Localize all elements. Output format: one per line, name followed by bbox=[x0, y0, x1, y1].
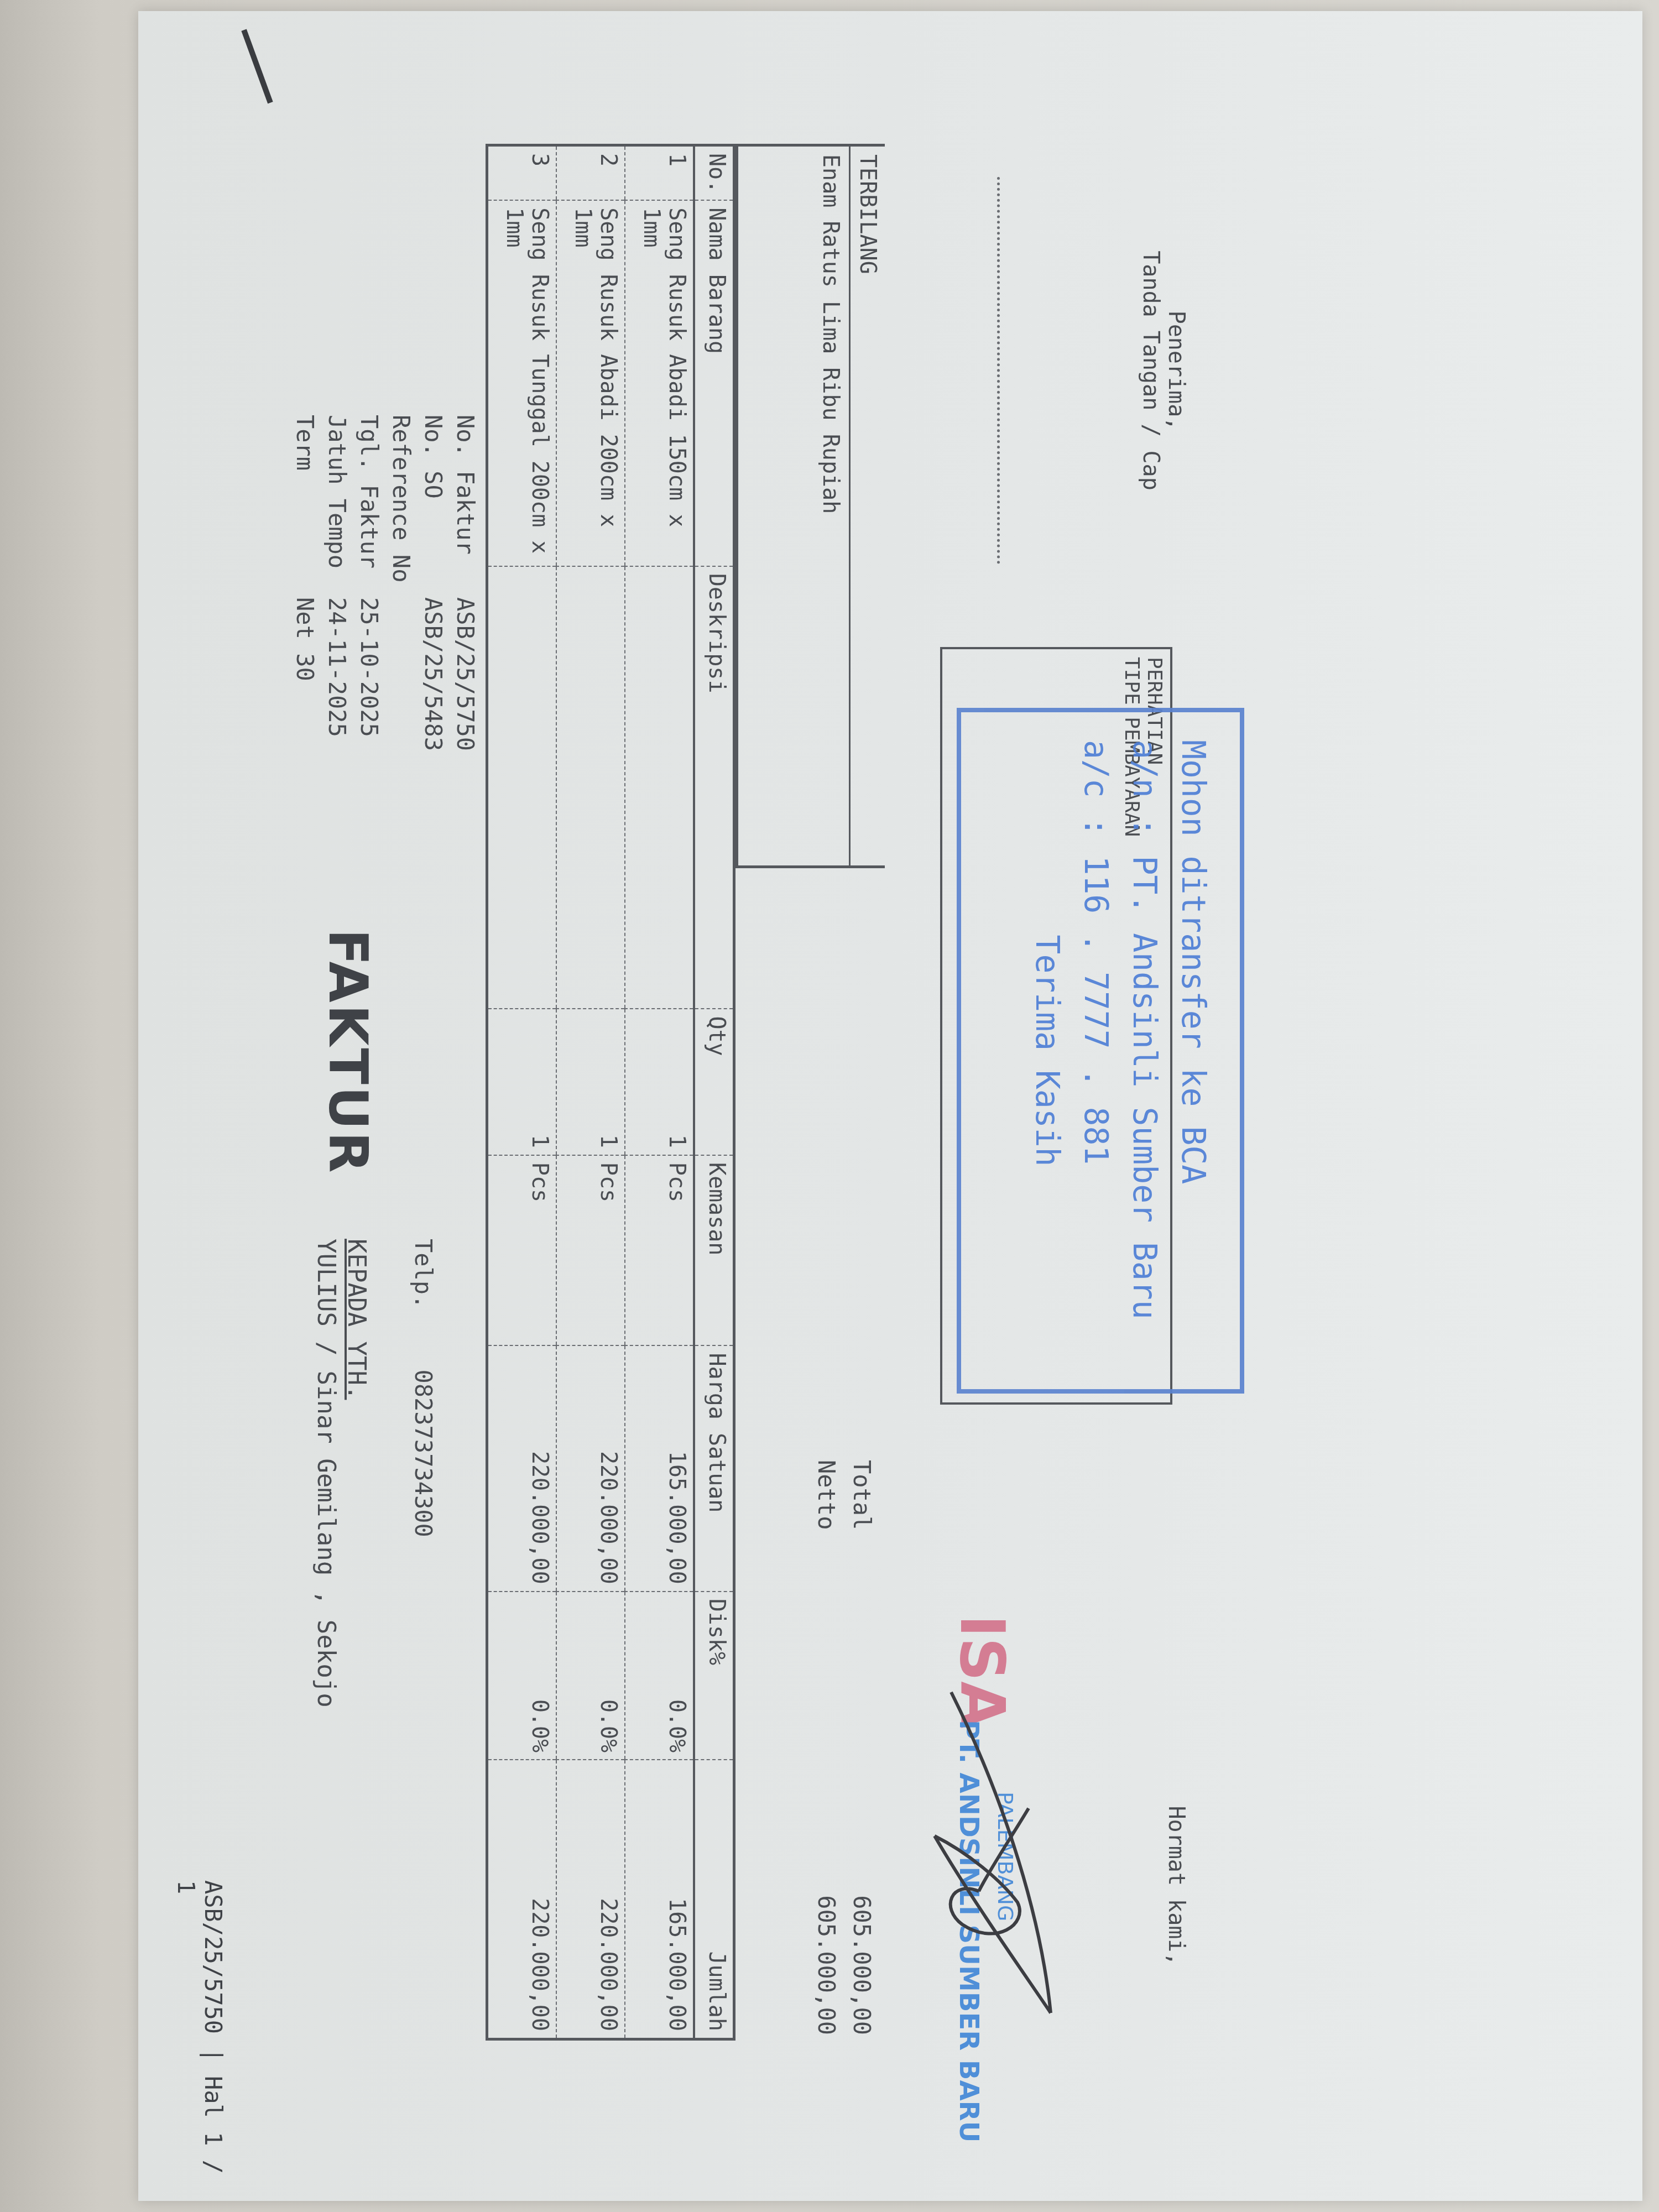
table-header-row: No. Nama Barang Deskripsi Qty Kemasan Ha… bbox=[694, 147, 733, 2038]
stamp-line-account-name: a/n : PT. Andsinli Sumber Baru bbox=[1120, 740, 1169, 1361]
document-title: FAKTUR bbox=[317, 929, 379, 1175]
meta-row: Term Net 30 bbox=[289, 415, 321, 929]
terbilang-label: TERBILANG bbox=[849, 147, 885, 865]
pen-mark bbox=[241, 29, 273, 104]
page-reference: ASB/25/5750 | Hal 1 / 1 bbox=[173, 1880, 227, 2201]
items-table: No. Nama Barang Deskripsi Qty Kemasan Ha… bbox=[486, 144, 735, 2041]
col-name: Nama Barang bbox=[694, 200, 733, 566]
regards-label: Hormat kami, bbox=[1164, 1692, 1189, 2079]
col-amount: Jumlah bbox=[694, 1760, 733, 2038]
phone-row: Telp. 082373734300 bbox=[410, 1239, 437, 1537]
invoice-meta: No. Faktur ASB/25/5750 No. SO ASB/25/548… bbox=[289, 415, 481, 929]
total-value: 605.000,00 bbox=[844, 1895, 879, 2035]
phone-label: Telp. bbox=[410, 1239, 437, 1308]
col-qty: Qty bbox=[694, 1009, 733, 1155]
payment-stamp: Mohon ditransfer ke BCA a/n : PT. Andsin… bbox=[957, 708, 1244, 1394]
table-row: 1 Seng Rusuk Abadi 150cm x 1mm 1 Pcs 165… bbox=[625, 147, 694, 2038]
terbilang-value: Enam Ratus Lima Ribu Rupiah bbox=[812, 147, 849, 865]
total-label: Total bbox=[844, 1460, 879, 1530]
totals: Total 605.000,00 Netto 605.000,00 bbox=[808, 1460, 879, 2035]
meta-row: Tgl. Faktur 25-10-2025 bbox=[353, 415, 385, 929]
stamp-line-account-number: a/c : 116 . 7777 . 881 bbox=[1072, 740, 1120, 1361]
meta-row: Jatuh Tempo 24-11-2025 bbox=[321, 415, 353, 929]
netto-row: Netto 605.000,00 bbox=[808, 1460, 844, 2035]
col-price: Harga Satuan bbox=[694, 1345, 733, 1591]
phone-value: 082373734300 bbox=[410, 1369, 437, 1537]
col-unit: Kemasan bbox=[694, 1155, 733, 1346]
sender-signature: Hormat kami, bbox=[1164, 1692, 1189, 2079]
meta-row: No. Faktur ASB/25/5750 bbox=[449, 415, 481, 929]
total-row: Total 605.000,00 bbox=[844, 1460, 879, 2035]
stamp-line-thanks: Terima Kasih bbox=[1023, 740, 1072, 1361]
invoice-paper: FAKTUR KEPADA YTH. YULIUS / Sinar Gemila… bbox=[138, 11, 1642, 2201]
table-row: 2 Seng Rusuk Abadi 200cm x 1mm 1 Pcs 220… bbox=[556, 147, 625, 2038]
stamp-line-bank: Mohon ditransfer ke BCA bbox=[1169, 740, 1218, 1361]
netto-label: Netto bbox=[808, 1460, 844, 1530]
recipient-name: YULIUS / Sinar Gemilang , Sekojo bbox=[312, 1239, 340, 1708]
col-disc: Disk% bbox=[694, 1592, 733, 1760]
netto-value: 605.000,00 bbox=[808, 1895, 844, 2035]
receiver-signature-line bbox=[997, 177, 1000, 564]
meta-row: No. SO ASB/25/5483 bbox=[417, 415, 449, 929]
receiver-label: Penerima, bbox=[1164, 177, 1189, 564]
col-no: No. bbox=[694, 147, 733, 200]
receiver-sub: Tanda Tangan / Cap bbox=[1138, 177, 1164, 564]
recipient-label: KEPADA YTH. bbox=[342, 1239, 371, 1400]
handwritten-signature-icon bbox=[918, 1670, 1062, 2057]
meta-row: Reference No bbox=[385, 415, 417, 929]
terbilang-box: TERBILANG Enam Ratus Lima Ribu Rupiah bbox=[735, 144, 885, 868]
receiver-signature: Penerima, Tanda Tangan / Cap bbox=[997, 177, 1189, 564]
table-row: 3 Seng Rusuk Tunggal 200cm x 1mm 1 Pcs 2… bbox=[488, 147, 556, 2038]
col-desc: Deskripsi bbox=[694, 566, 733, 1009]
